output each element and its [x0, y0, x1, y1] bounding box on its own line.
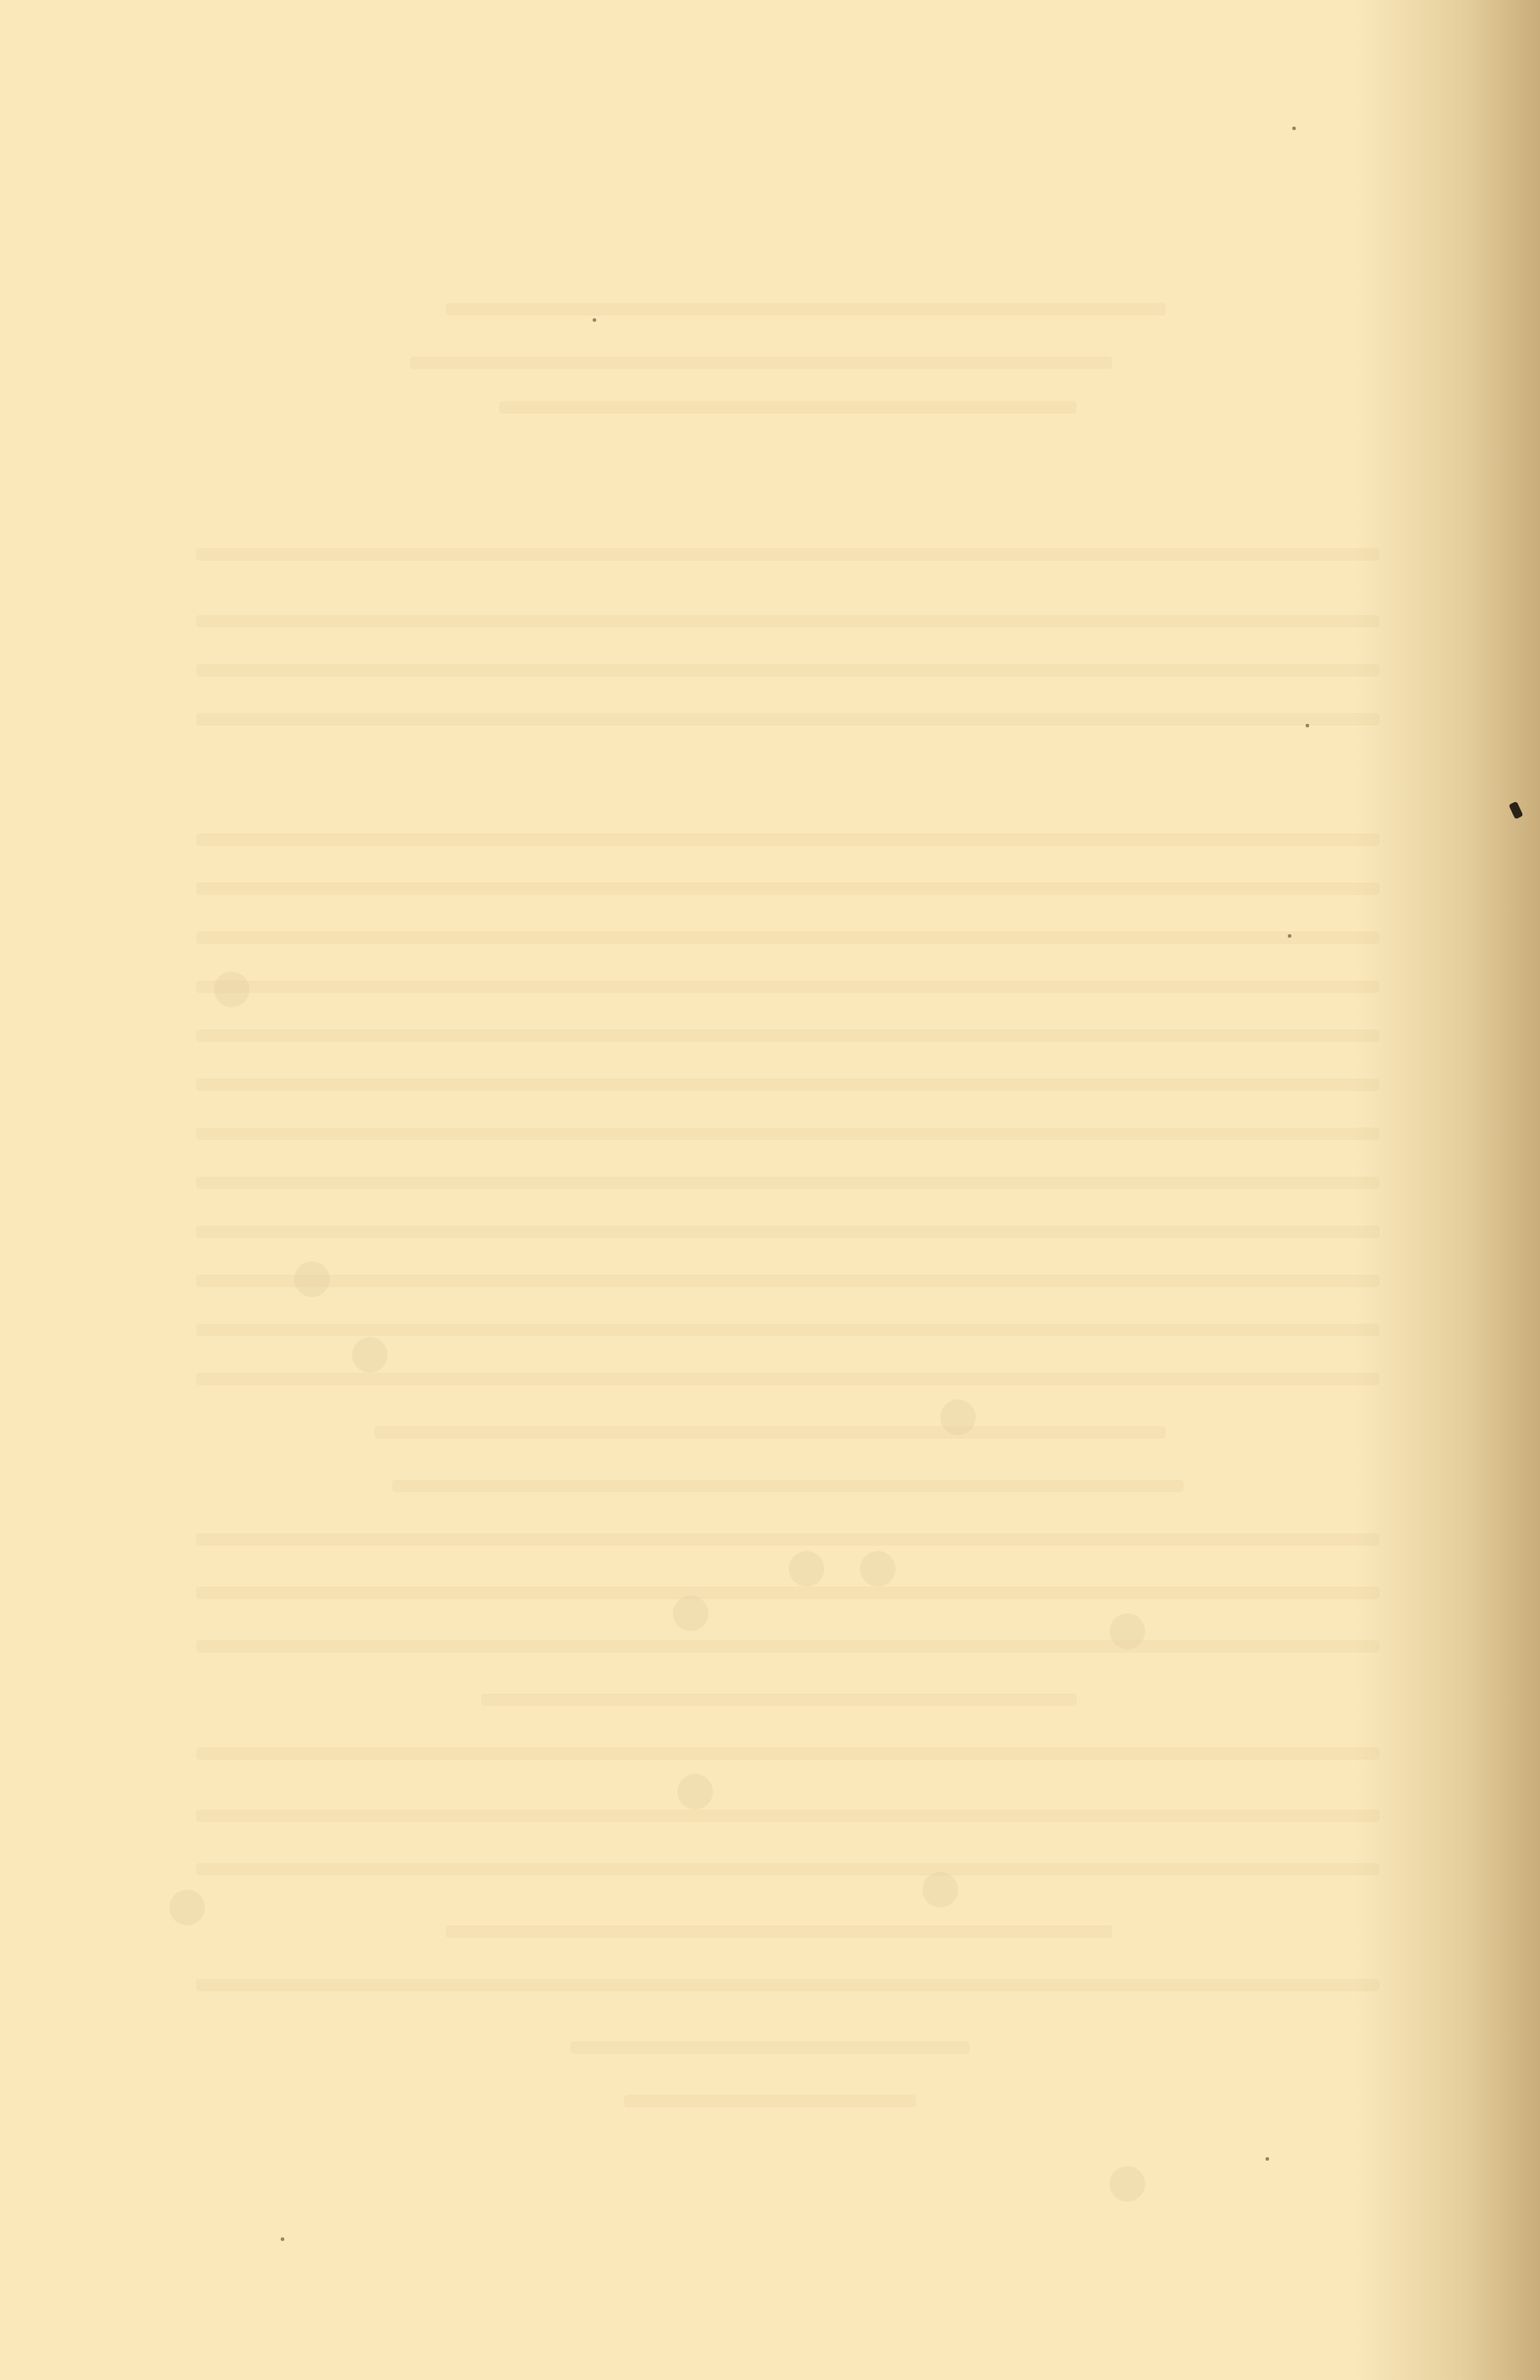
- bleed-through-line: [196, 548, 1380, 561]
- bleed-through-line: [481, 1694, 1077, 1706]
- stain-spot: [1110, 2166, 1145, 2202]
- bleed-through-line: [196, 1979, 1380, 1991]
- stain-spot: [860, 1551, 896, 1587]
- stain-spot: [352, 1337, 388, 1373]
- stain-spot: [1110, 1613, 1145, 1649]
- speck: [1288, 934, 1291, 938]
- speck: [1306, 724, 1309, 727]
- speck: [593, 318, 596, 322]
- bleed-through-line: [392, 1480, 1184, 1492]
- bleed-through-line: [196, 1030, 1380, 1042]
- bleed-through-line: [624, 2095, 916, 2107]
- bleed-through-line: [570, 2041, 970, 2054]
- bleed-through-line: [196, 981, 1380, 993]
- bleed-through-line: [196, 1177, 1380, 1189]
- bleed-through-line: [196, 1747, 1380, 1760]
- bleed-through-line: [499, 401, 1077, 414]
- bleed-through-line: [196, 1128, 1380, 1140]
- bleed-through-line: [410, 357, 1112, 369]
- stain-spot: [789, 1551, 824, 1587]
- bleed-through-line: [196, 713, 1380, 726]
- bleed-through-line: [446, 303, 1166, 316]
- speck: [281, 2237, 284, 2241]
- bleed-through-line: [196, 833, 1380, 846]
- bleed-through-line: [374, 1426, 1166, 1439]
- stain-spot: [294, 1261, 330, 1297]
- bleed-through-line: [196, 1324, 1380, 1336]
- bleed-through-line: [196, 1079, 1380, 1091]
- bleed-through-line: [196, 1810, 1380, 1822]
- bleed-through-line: [196, 615, 1380, 628]
- bleed-through-line: [196, 1226, 1380, 1238]
- speck: [1292, 127, 1296, 130]
- bleed-through-line: [196, 1533, 1380, 1546]
- stain-spot: [940, 1399, 976, 1435]
- stain-spot: [169, 1890, 205, 1925]
- stain-spot: [673, 1596, 709, 1631]
- stain-spot: [214, 972, 250, 1007]
- bleed-through-line: [196, 1587, 1380, 1599]
- bleed-through-line: [196, 931, 1380, 944]
- bleed-through-line: [196, 1373, 1380, 1385]
- bleed-through-line: [196, 664, 1380, 677]
- bleed-through-line: [196, 1640, 1380, 1653]
- bleed-through-line: [196, 1863, 1380, 1875]
- edge-mark: [1509, 801, 1524, 820]
- stain-spot: [922, 1872, 958, 1908]
- bleed-through-line: [196, 1275, 1380, 1287]
- bleed-through-line: [446, 1925, 1112, 1938]
- blank-page: [0, 0, 1540, 2380]
- bleed-through-line: [196, 882, 1380, 895]
- stain-spot: [677, 1774, 713, 1810]
- speck: [1266, 2157, 1269, 2161]
